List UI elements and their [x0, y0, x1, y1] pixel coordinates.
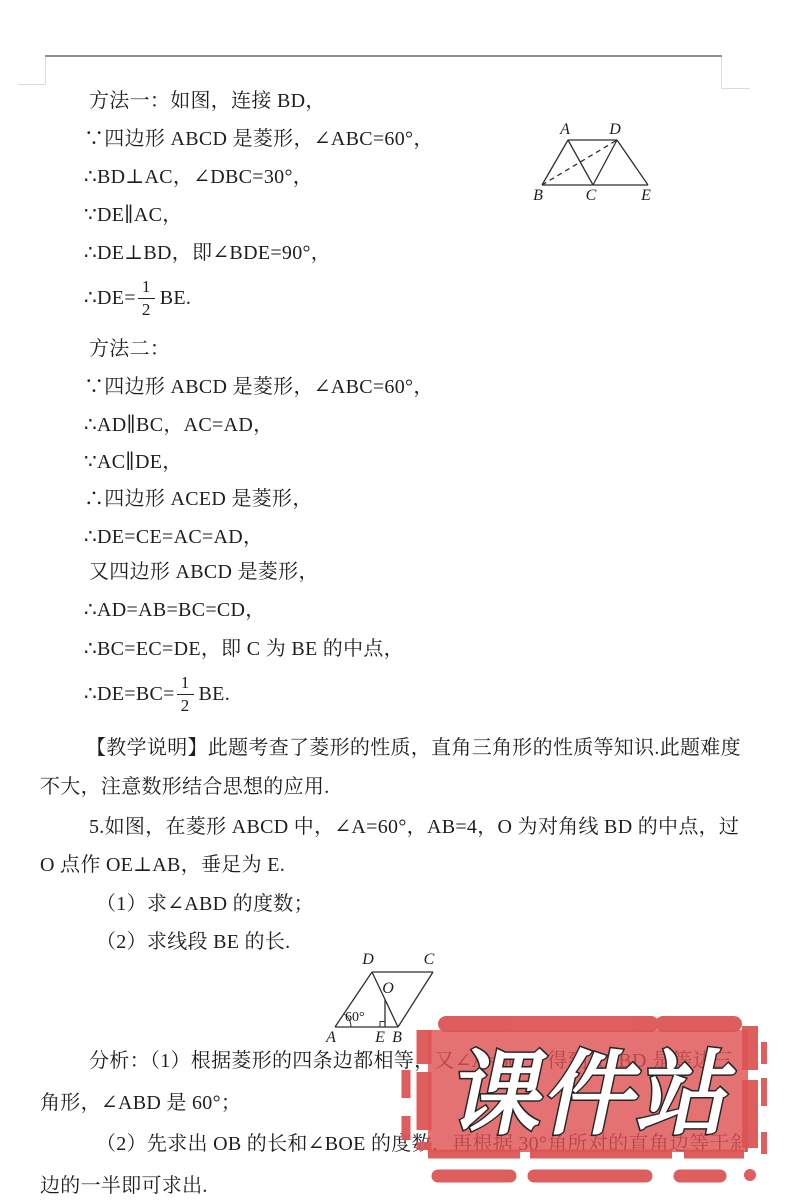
conclusion-prefix: ∴DE=	[84, 286, 136, 310]
margin-mark-left	[45, 57, 46, 84]
conclusion-suffix: BE.	[160, 286, 191, 310]
method2-step: ∴AD∥BC，AC=AD，	[84, 413, 273, 437]
method1-step: ∴BD⊥AC，∠DBC=30°，	[84, 165, 313, 189]
method1-step: ∵四边形 ABCD 是菱形，∠ABC=60°，	[84, 127, 434, 151]
vertex-label-A: A	[325, 1029, 336, 1046]
analysis-line2: 角形，∠ABD 是 60°；	[40, 1091, 241, 1115]
method2-title: 方法二：	[89, 337, 170, 361]
point-label-O: O	[382, 980, 394, 997]
margin-mark-right-foot	[721, 88, 750, 89]
edge-AB	[542, 140, 568, 185]
margin-mark-right	[721, 57, 722, 88]
fraction-one-half: 12	[138, 277, 155, 318]
problem5-question2: （2）求线段 BE 的长.	[96, 930, 290, 954]
vertex-label-A: A	[559, 121, 570, 138]
method2-step: ∴AD=AB=BC=CD，	[84, 598, 266, 622]
fraction-one-half: 12	[177, 673, 194, 714]
method2-conclusion: ∴DE=BC=12BE.	[84, 671, 230, 717]
analysis-line4: 边的一半即可求出.	[40, 1174, 208, 1198]
teaching-note-line1: 【教学说明】此题考查了菱形的性质，直角三角形的性质等知识.此题难度	[86, 736, 741, 760]
method2-step: 又四边形 ABCD 是菱形，	[89, 560, 319, 584]
method2-step: ∴BC=EC=DE，即 C 为 BE 的中点，	[84, 637, 404, 661]
conclusion-prefix: ∴DE=BC=	[84, 682, 175, 706]
vertex-label-B: B	[533, 187, 543, 204]
vertex-label-D: D	[608, 121, 621, 138]
watermark-text: 课件站	[442, 1041, 747, 1148]
diagonal-BD-dashed	[542, 140, 617, 185]
angle-label-60: 60°	[345, 1010, 365, 1025]
watermark-stamp: 课件站	[398, 1008, 774, 1200]
margin-mark-left-foot	[18, 84, 46, 85]
method2-step: ∵AC∥DE，	[84, 450, 183, 474]
method2-step: ∴DE=CE=AC=AD，	[84, 525, 263, 549]
page-top-rule	[45, 55, 722, 57]
stamp-dot	[744, 1169, 756, 1181]
problem5-line1: 5.如图，在菱形 ABCD 中，∠A=60°，AB=4，O 为对角线 BD 的中…	[89, 815, 739, 839]
method2-step: ∴四边形 ACED 是菱形，	[84, 487, 313, 511]
teaching-note-line2: 不大，注意数形结合思想的应用.	[40, 775, 330, 799]
figure-rhombus-abcde: A D B C E	[525, 115, 665, 205]
right-angle-mark	[380, 1022, 385, 1028]
vertex-label-D: D	[361, 951, 374, 968]
problem5-line2: O 点作 OE⊥AB，垂足为 E.	[40, 853, 285, 877]
conclusion-suffix: BE.	[199, 682, 230, 706]
point-label-E: E	[374, 1029, 385, 1046]
edge-AC	[568, 140, 593, 185]
vertex-label-C: C	[424, 951, 435, 968]
document-page: { "page": { "method1": { "title": "方法一：如…	[0, 0, 800, 1200]
edge-DE	[617, 140, 648, 185]
vertex-label-C: C	[586, 187, 597, 204]
method2-step: ∵四边形 ABCD 是菱形，∠ABC=60°，	[84, 375, 434, 399]
problem5-question1: （1）求∠ABD 的度数；	[96, 892, 314, 916]
method1-conclusion: ∴DE=12BE.	[84, 275, 191, 321]
method1-step: ∵DE∥AC，	[84, 203, 183, 227]
vertex-label-E: E	[640, 187, 651, 204]
method1-title: 方法一：如图，连接 BD，	[89, 89, 326, 113]
method1-step: ∴DE⊥BD，即∠BDE=90°，	[84, 241, 331, 265]
